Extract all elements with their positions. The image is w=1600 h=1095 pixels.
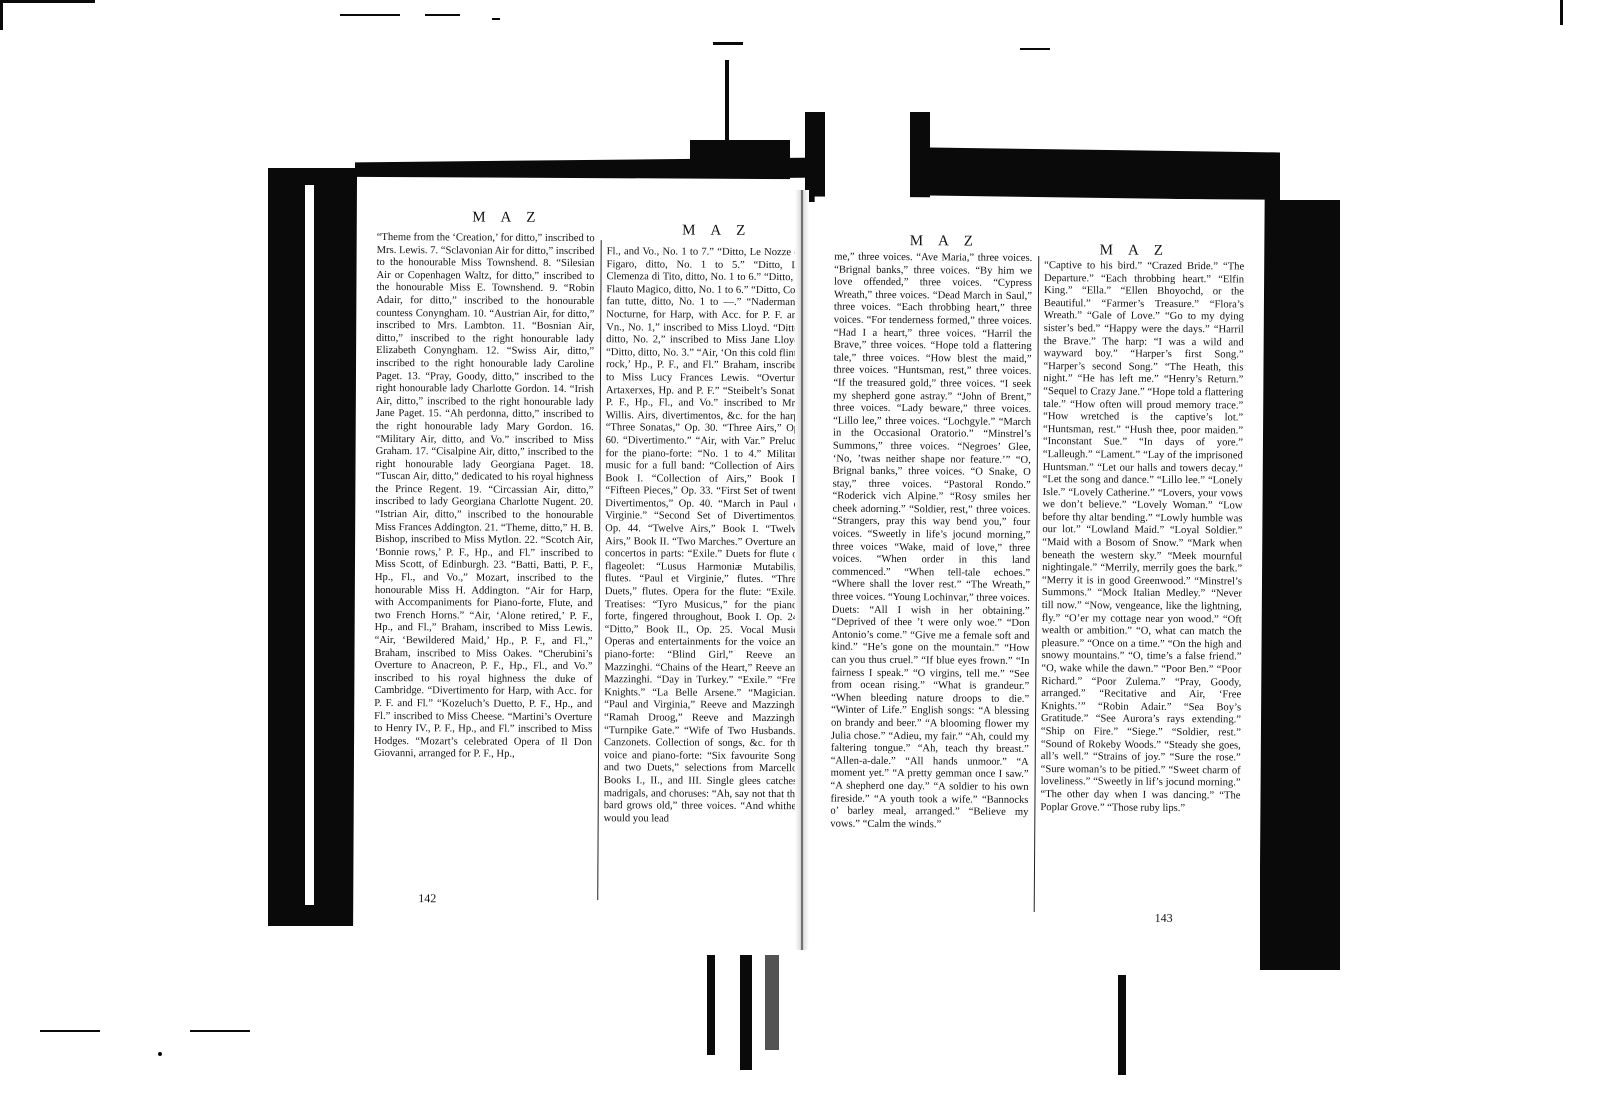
book-cover-right xyxy=(1260,200,1340,970)
scan-mark xyxy=(158,1052,162,1056)
scan-mark xyxy=(190,1030,250,1032)
scan-mark xyxy=(1020,48,1050,50)
text-column-2: Fl., and Vo., No. 1 to 7.” “Ditto, Le No… xyxy=(603,246,802,907)
book-gutter-bottom xyxy=(707,955,715,1055)
text-column-1: “Theme from the ‘Creation,’ for ditto,” … xyxy=(373,232,594,893)
column-body: me,” three voices. “Ave Maria,” three vo… xyxy=(830,252,1032,833)
scan-mark xyxy=(1560,0,1563,25)
book-gutter xyxy=(795,190,809,950)
book-corner xyxy=(1320,200,1340,240)
book-gutter-bottom xyxy=(1118,975,1126,1075)
running-header: M A Z xyxy=(884,233,1004,251)
book-top-edge-right xyxy=(930,148,1280,201)
scan-mark xyxy=(713,42,743,45)
book-gutter-bottom xyxy=(765,955,779,1050)
book-gutter-top xyxy=(805,112,825,202)
scan-mark xyxy=(425,14,460,16)
page-edge-left xyxy=(305,185,314,905)
column-divider xyxy=(597,240,601,900)
scan-mark xyxy=(40,1030,100,1032)
scan-mark xyxy=(340,14,400,16)
scan-mark xyxy=(0,0,3,30)
running-header: M A Z xyxy=(447,209,567,227)
column-body: “Captive to his bird.” “Crazed Bride.” “… xyxy=(1040,260,1244,816)
left-page: M A Z M A Z “Theme from the ‘Creation,’ … xyxy=(353,177,797,949)
page-number: 142 xyxy=(418,891,436,906)
running-header: M A Z xyxy=(657,222,777,240)
book-gutter-top xyxy=(910,112,930,202)
scan-mark xyxy=(0,0,95,3)
column-body: “Theme from the ‘Creation,’ for ditto,” … xyxy=(374,232,595,762)
right-page: M A Z M A Z me,” three voices. “Ave Mari… xyxy=(809,196,1264,964)
text-column-4: “Captive to his bird.” “Crazed Bride.” “… xyxy=(1040,260,1245,911)
book-gutter-bottom xyxy=(740,955,752,1070)
column-body: Fl., and Vo., No. 1 to 7.” “Ditto, Le No… xyxy=(604,246,803,826)
scan-mark xyxy=(492,18,500,20)
column-divider xyxy=(1034,256,1040,912)
running-header: M A Z xyxy=(1074,242,1194,260)
page-number: 143 xyxy=(1155,911,1173,926)
scan-mark xyxy=(725,60,729,140)
text-column-3: me,” three voices. “Ave Maria,” three vo… xyxy=(830,252,1033,909)
